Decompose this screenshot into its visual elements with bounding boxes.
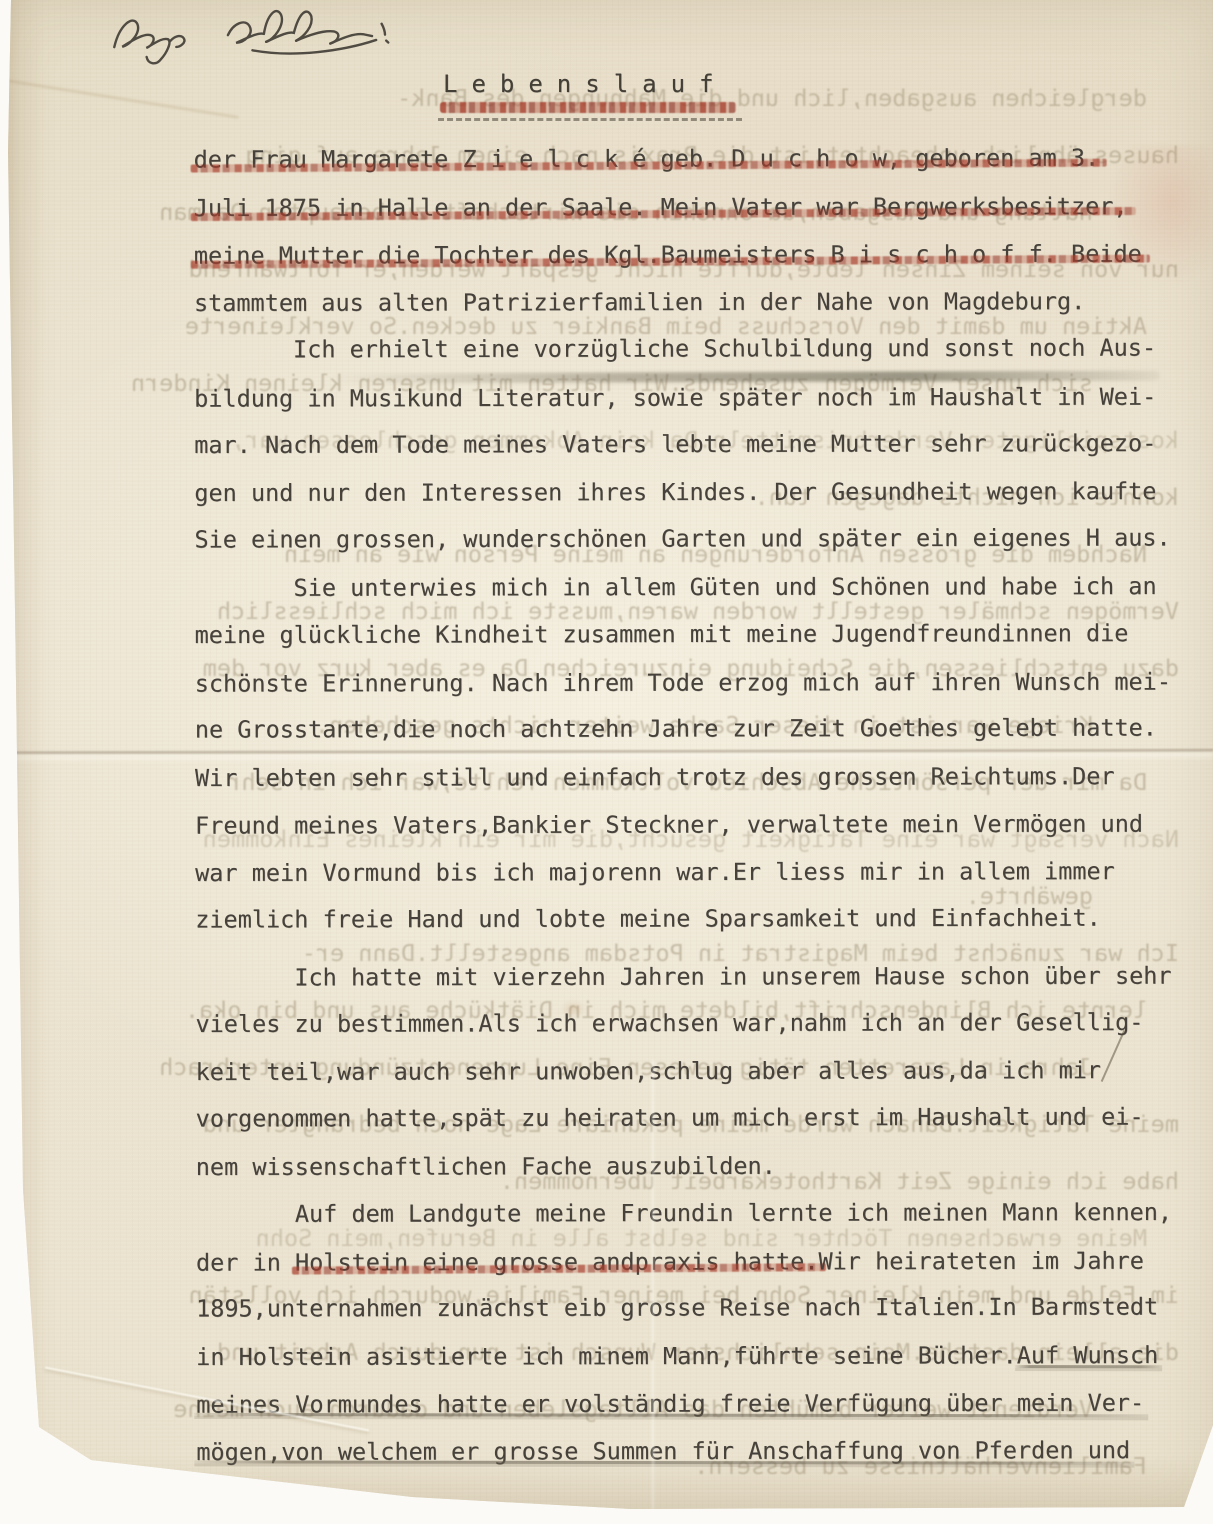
text-line: stammtem aus alten Patrizierfamilien in … [194,277,1194,327]
document-body: der Frau Margarete Z i e l c k é geb. D … [194,135,1197,1476]
text-line: war mein Vormund bis ich majorenn war.Er… [195,847,1195,897]
text-line: meines Vormundes hatte er volständig fre… [196,1380,1196,1430]
text-line: Freund meines Vaters,Bankier Steckner, v… [195,801,1195,851]
scanner-background: dergleichen ausgaben,lich und die Mahnun… [0,0,1213,1524]
text-line: der in Holstein eine grosse andpraxis ha… [196,1237,1196,1287]
text-line: Auf dem Landgute meine Freundin lernte i… [196,1189,1196,1239]
text-line: meine Mutter die Tochter des Kgl.Baumeis… [194,231,1194,281]
text-line: Wir lebten sehr still und einfach trotz … [195,752,1195,802]
text-line: ne Grosstante,die noch achtzehn Jahre zu… [195,704,1195,754]
red-ink-stain [1108,146,1213,286]
text-line: in Holstein asistierte ich minem Mann,fü… [196,1331,1196,1381]
text-line: meine glückliche Kindheit zusammen mit m… [195,610,1195,660]
handwritten-annotation-text: Ewig aufheben! [0,0,1,1]
text-line: ziemlich freie Hand und lobte meine Spar… [195,894,1195,944]
text-line: Ich hatte mit vierzehn Jahren in unserem… [195,952,1195,1002]
text-line: Sie unterwies mich in allem Güten und Sc… [194,562,1194,612]
title-red-underline [440,102,736,113]
text-line: nem wissenschaftlichen Fache auszubilden… [196,1141,1196,1191]
text-line: mar. Nach dem Tode meines Vaters lebte m… [194,420,1194,470]
paper-sheet: dergleichen ausgaben,lich und die Mahnun… [0,0,1213,1524]
document-title: Lebenslauf [443,70,728,98]
text-line: vorgenommen hatte,spät zu heiraten um mi… [196,1093,1196,1143]
title-typed-underline [438,118,742,121]
text-line: keit teil,war auch sehr unwoben,schlug a… [196,1046,1196,1096]
handwritten-annotation-ink [99,0,421,78]
text-line: gen und nur den Interessen ihres Kindes.… [194,467,1194,517]
text-line: 1895,unternahmen zunächst eib grosse Rei… [196,1283,1196,1333]
text-line: vieles zu bestimmen.Als ich erwachsen wa… [195,999,1195,1049]
text-line: der Frau Margarete Z i e l c k é geb. D … [194,134,1194,184]
text-line: Sie einen grossen, wunderschönen Garten … [194,514,1194,564]
text-line: mögen,von welchem er grosse Summen für A… [196,1426,1196,1476]
text-line: Ich erhielt eine vorzügliche Schulbildun… [194,324,1194,374]
text-line: Juli 1875 in Halle an der Saale. Mein Va… [194,182,1194,232]
vertical-fold-crease [652,1060,654,1520]
paper-stain [560,1000,586,1018]
text-line: schönste Erinnerung. Nach ihrem Tode erz… [195,658,1195,708]
